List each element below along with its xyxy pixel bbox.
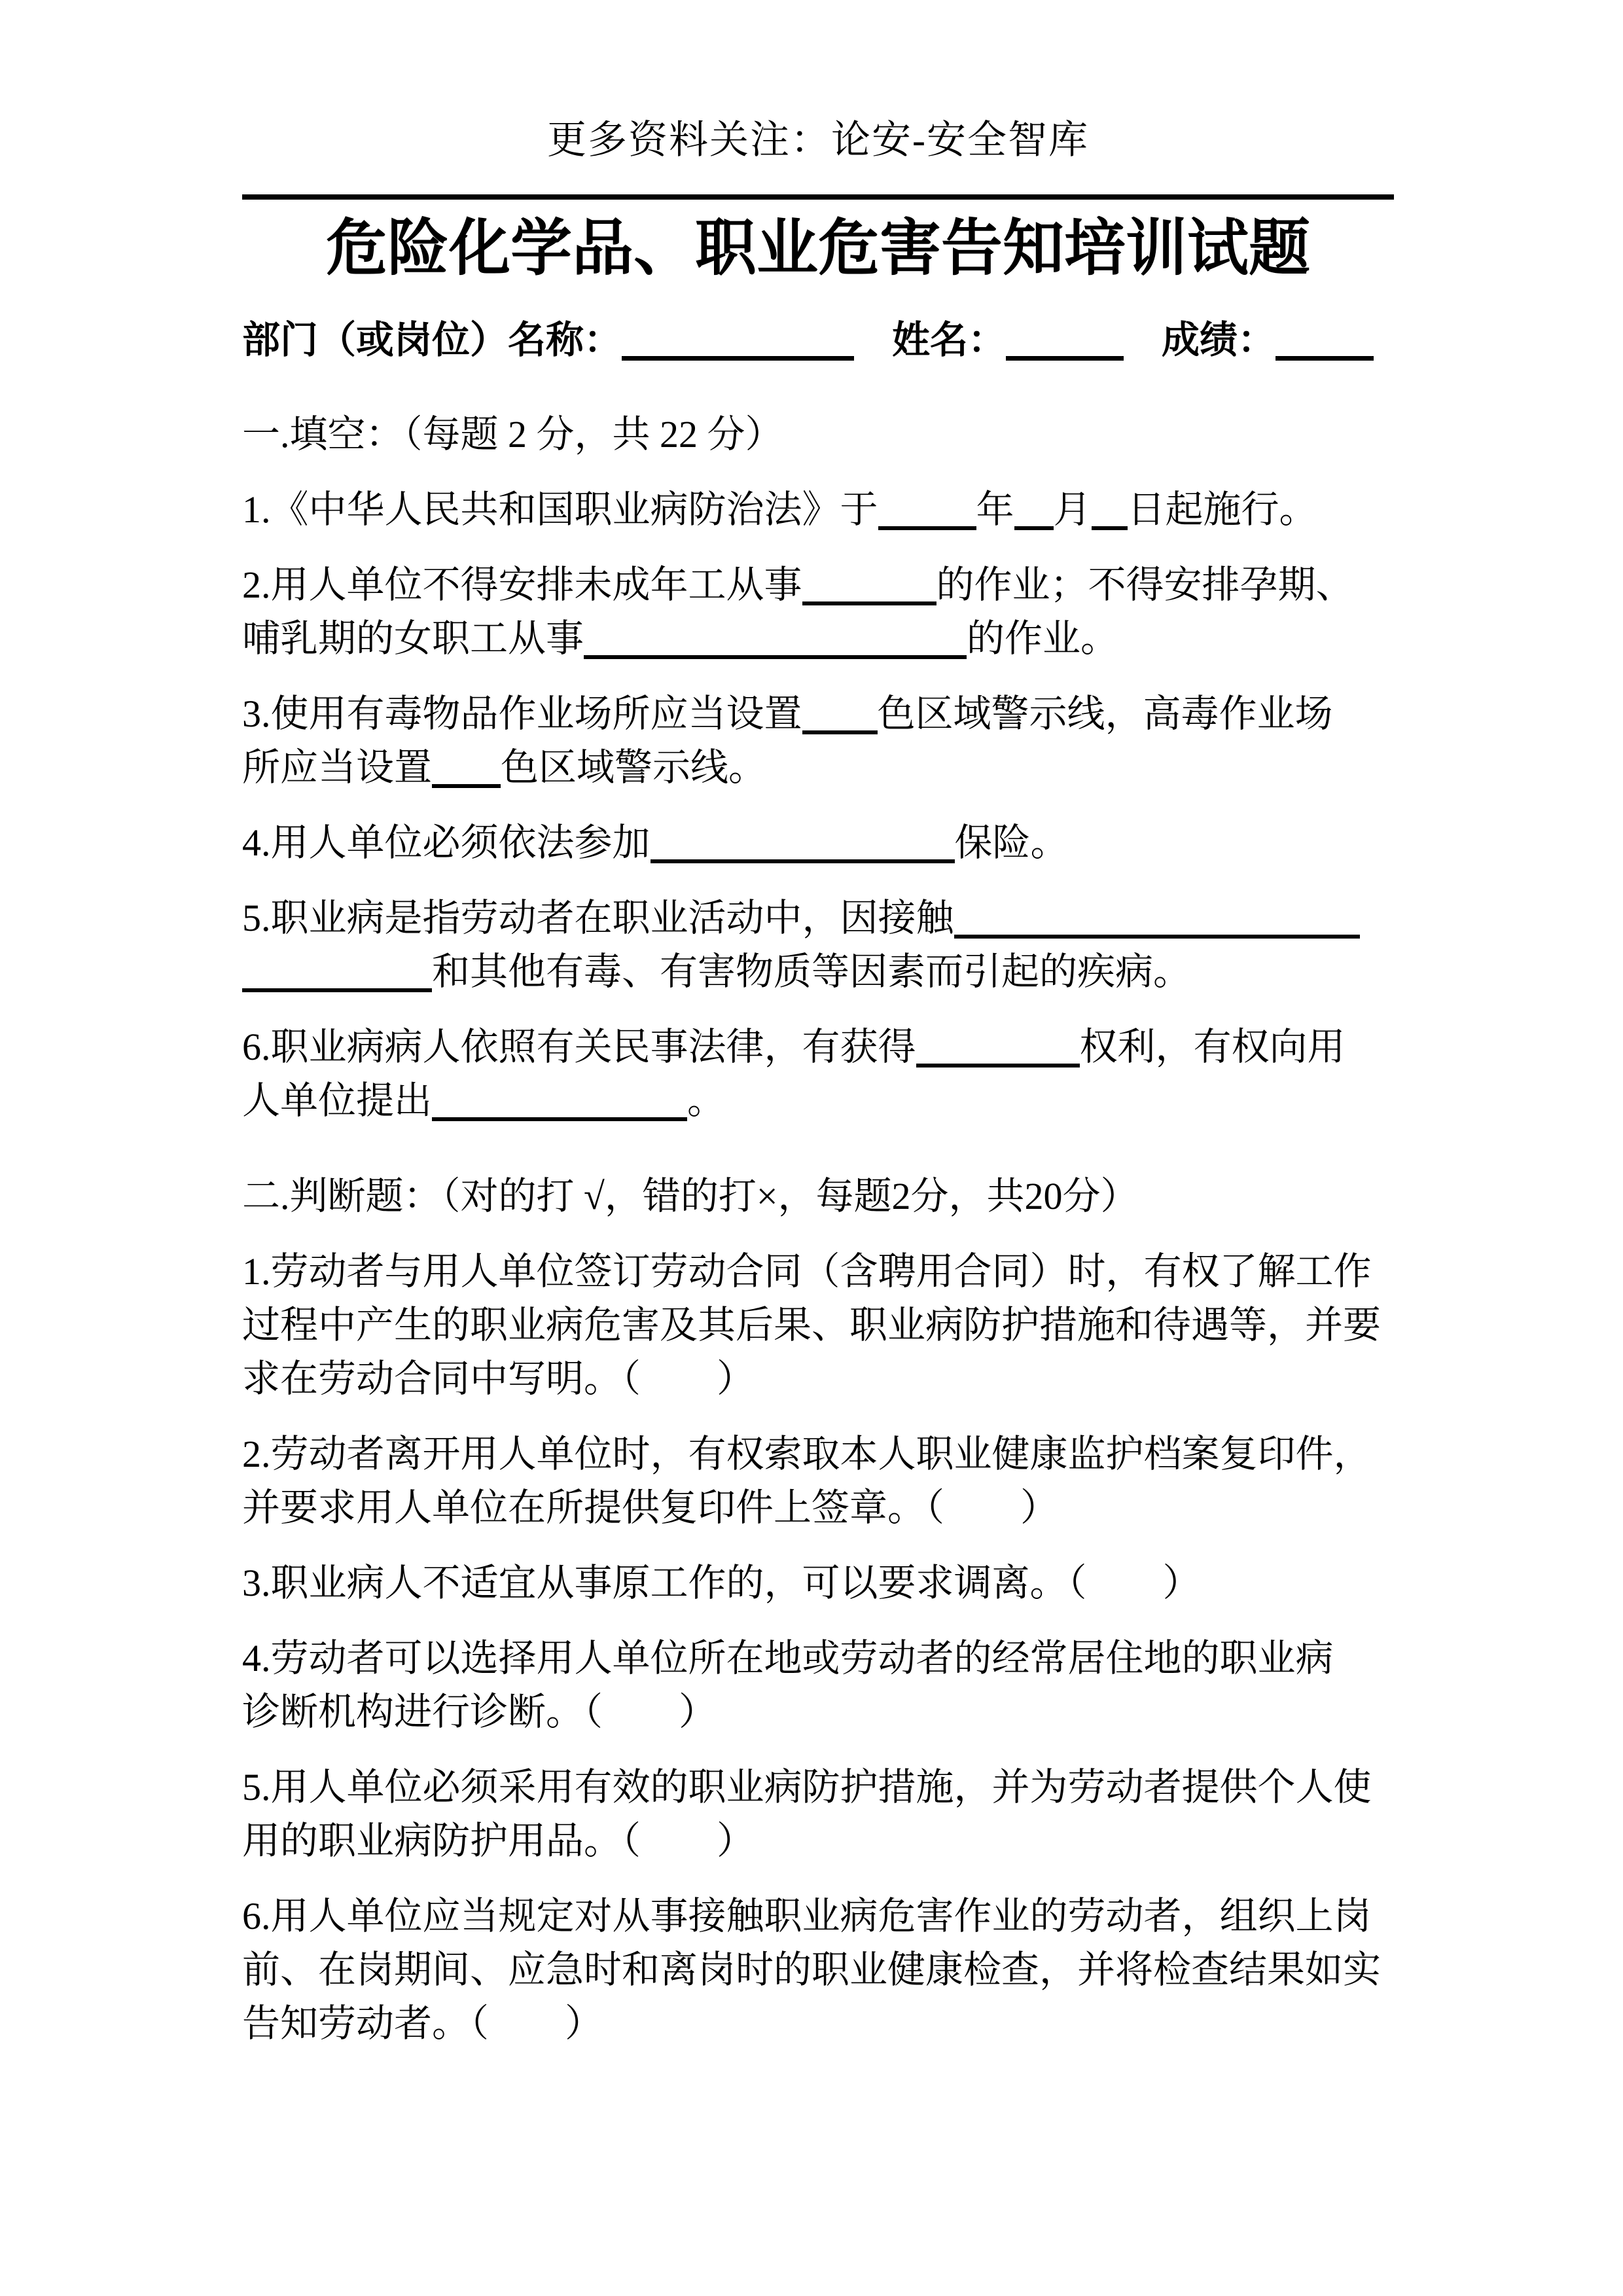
- question-text: 成绩：: [1124, 319, 1275, 361]
- fill-in-blank: [954, 902, 1360, 939]
- fill-in-blank: [916, 1031, 1080, 1067]
- question-text: 并要求用人单位在所提供复印件上签章。（ ）: [242, 1486, 1058, 1529]
- question-text: 的作业；不得安排孕期、: [936, 564, 1354, 606]
- question-line: 4.用人单位必须依法参加保险。: [242, 816, 1394, 870]
- section-heading: 一.填空：（每题 2 分，共 22 分）: [242, 408, 1394, 461]
- question-text: 所应当设置: [242, 746, 432, 789]
- question-line: 并要求用人单位在所提供复印件上签章。（ ）: [242, 1481, 1394, 1535]
- question-text: 诊断机构进行诊断。（ ）: [242, 1691, 717, 1733]
- fill-in-blank: [584, 622, 967, 659]
- question-line: 1.劳动者与用人单位签订劳动合同（含聘用合同）时，有权了解工作: [242, 1245, 1394, 1299]
- question-line: 6.职业病病人依照有关民事法律，有获得权利，有权向用: [242, 1020, 1394, 1074]
- question-text: 3.职业病人不适宜从事原工作的，可以要求调离。（ ）: [242, 1562, 1201, 1604]
- fill-in-blank: [802, 698, 878, 734]
- question-text: 2.劳动者离开用人单位时，有权索取本人职业健康监护档案复印件，: [242, 1433, 1372, 1475]
- fill-in-blank: [1275, 323, 1374, 361]
- question-text: 。: [687, 1079, 725, 1122]
- question-item: 2.劳动者离开用人单位时，有权索取本人职业健康监护档案复印件，并要求用人单位在所…: [242, 1427, 1394, 1535]
- question-item: 5.职业病是指劳动者在职业活动中，因接触和其他有毒、有害物质等因素而引起的疾病。: [242, 891, 1394, 999]
- question-line: 4.劳动者可以选择用人单位所在地或劳动者的经常居住地的职业病: [242, 1632, 1394, 1685]
- question-text: 4.劳动者可以选择用人单位所在地或劳动者的经常居住地的职业病: [242, 1637, 1334, 1679]
- question-text: 和其他有毒、有害物质等因素而引起的疾病。: [432, 950, 1191, 993]
- question-text: 人单位提出: [242, 1079, 432, 1122]
- page-title: 危险化学品、职业危害告知培训试题: [242, 209, 1394, 289]
- fill-in-blank: [651, 827, 955, 863]
- question-line: 5.用人单位必须采用有效的职业病防护措施，并为劳动者提供个人使: [242, 1761, 1394, 1814]
- question-text: 色区域警示线。: [501, 746, 766, 789]
- document-content: 更多资料关注：论安-安全智库 危险化学品、职业危害告知培训试题 部门（或岗位）名…: [0, 0, 1623, 2051]
- fill-in-blank: [432, 751, 501, 788]
- question-line: 告知劳动者。（ ）: [242, 1997, 1394, 2051]
- question-text: 的作业。: [967, 617, 1118, 660]
- question-text: 求在劳动合同中写明。（ ）: [242, 1357, 755, 1400]
- question-line: 人单位提出。: [242, 1074, 1394, 1128]
- question-item: 3.职业病人不适宜从事原工作的，可以要求调离。（ ）: [242, 1556, 1394, 1610]
- question-text: 色区域警示线，高毒作业场: [878, 692, 1333, 735]
- info-line: 部门（或岗位）名称： 姓名： 成绩：: [242, 315, 1394, 366]
- fill-in-blank: [1006, 323, 1124, 361]
- question-item: 5.用人单位必须采用有效的职业病防护措施，并为劳动者提供个人使用的职业病防护用品…: [242, 1761, 1394, 1868]
- question-text: 部门（或岗位）名称：: [242, 319, 622, 361]
- question-text: 告知劳动者。（ ）: [242, 2002, 603, 2045]
- question-text: 日起施行。: [1128, 488, 1317, 531]
- fill-in-blank: [802, 569, 936, 605]
- question-text: 6.用人单位应当规定对从事接触职业病危害作业的劳动者，组织上岗: [242, 1895, 1372, 1937]
- header-divider: [242, 194, 1394, 200]
- fill-in-blank: [622, 323, 854, 361]
- question-text: 1.劳动者与用人单位签订劳动合同（含聘用合同）时，有权了解工作: [242, 1250, 1372, 1293]
- fill-in-blank: [1092, 493, 1128, 530]
- question-text: 5.用人单位必须采用有效的职业病防护措施，并为劳动者提供个人使: [242, 1766, 1372, 1808]
- question-text: 3.使用有毒物品作业场所应当设置: [242, 692, 802, 735]
- question-text: 1.《中华人民共和国职业病防治法》于: [242, 488, 878, 531]
- question-line: 3.使用有毒物品作业场所应当设置色区域警示线，高毒作业场: [242, 687, 1394, 741]
- question-line: 哺乳期的女职工从事的作业。: [242, 612, 1394, 666]
- question-text: 前、在岗期间、应急时和离岗时的职业健康检查，并将检查结果如实: [242, 1948, 1381, 1991]
- question-text: 过程中产生的职业病危害及其后果、职业病防护措施和待遇等，并要: [242, 1304, 1381, 1346]
- question-item: 2.用人单位不得安排未成年工从事的作业；不得安排孕期、哺乳期的女职工从事的作业。: [242, 558, 1394, 666]
- question-text: 月: [1054, 488, 1092, 531]
- question-text: 4.用人单位必须依法参加: [242, 821, 651, 864]
- question-text: 2.用人单位不得安排未成年工从事: [242, 564, 802, 606]
- header-note: 更多资料关注：论安-安全智库: [242, 118, 1394, 163]
- question-text: 权利，有权向用: [1080, 1026, 1346, 1068]
- question-line: 用的职业病防护用品。（ ）: [242, 1814, 1394, 1868]
- question-line: 2.劳动者离开用人单位时，有权索取本人职业健康监护档案复印件，: [242, 1427, 1394, 1481]
- fill-in-blank: [1014, 493, 1054, 530]
- question-text: 年: [976, 488, 1014, 531]
- question-line: 和其他有毒、有害物质等因素而引起的疾病。: [242, 945, 1394, 999]
- question-text: 哺乳期的女职工从事: [242, 617, 584, 660]
- question-item: 6.用人单位应当规定对从事接触职业病危害作业的劳动者，组织上岗前、在岗期间、应急…: [242, 1890, 1394, 2051]
- question-line: 过程中产生的职业病危害及其后果、职业病防护措施和待遇等，并要: [242, 1299, 1394, 1352]
- question-item: 4.用人单位必须依法参加保险。: [242, 816, 1394, 870]
- question-line: 前、在岗期间、应急时和离岗时的职业健康检查，并将检查结果如实: [242, 1943, 1394, 1997]
- fill-in-blank: [242, 956, 432, 992]
- fill-in-blank: [878, 493, 976, 530]
- question-line: 6.用人单位应当规定对从事接触职业病危害作业的劳动者，组织上岗: [242, 1890, 1394, 1943]
- section-heading: 二.判断题：（对的打 √，错的打×，每题2分，共20分）: [242, 1170, 1394, 1223]
- question-text: 5.职业病是指劳动者在职业活动中，因接触: [242, 897, 954, 939]
- question-item: 4.劳动者可以选择用人单位所在地或劳动者的经常居住地的职业病诊断机构进行诊断。（…: [242, 1632, 1394, 1739]
- fill-in-blank: [432, 1085, 687, 1121]
- question-line: 5.职业病是指劳动者在职业活动中，因接触: [242, 891, 1394, 945]
- document-page: 更多资料关注：论安-安全智库 危险化学品、职业危害告知培训试题 部门（或岗位）名…: [0, 0, 1623, 2296]
- question-item: 6.职业病病人依照有关民事法律，有获得权利，有权向用人单位提出。: [242, 1020, 1394, 1128]
- question-text: 用的职业病防护用品。（ ）: [242, 1820, 755, 1862]
- question-text: 姓名：: [854, 319, 1006, 361]
- question-item: 3.使用有毒物品作业场所应当设置色区域警示线，高毒作业场所应当设置色区域警示线。: [242, 687, 1394, 795]
- question-line: 诊断机构进行诊断。（ ）: [242, 1685, 1394, 1739]
- question-line: 所应当设置色区域警示线。: [242, 741, 1394, 795]
- document-body: 一.填空：（每题 2 分，共 22 分）1.《中华人民共和国职业病防治法》于年月…: [242, 408, 1394, 2051]
- question-line: 1.《中华人民共和国职业病防治法》于年月日起施行。: [242, 483, 1394, 537]
- question-line: 2.用人单位不得安排未成年工从事的作业；不得安排孕期、: [242, 558, 1394, 612]
- question-item: 1.劳动者与用人单位签订劳动合同（含聘用合同）时，有权了解工作过程中产生的职业病…: [242, 1245, 1394, 1406]
- question-item: 1.《中华人民共和国职业病防治法》于年月日起施行。: [242, 483, 1394, 537]
- question-line: 求在劳动合同中写明。（ ）: [242, 1352, 1394, 1406]
- question-text: 6.职业病病人依照有关民事法律，有获得: [242, 1026, 916, 1068]
- question-line: 3.职业病人不适宜从事原工作的，可以要求调离。（ ）: [242, 1556, 1394, 1610]
- question-text: 保险。: [955, 821, 1069, 864]
